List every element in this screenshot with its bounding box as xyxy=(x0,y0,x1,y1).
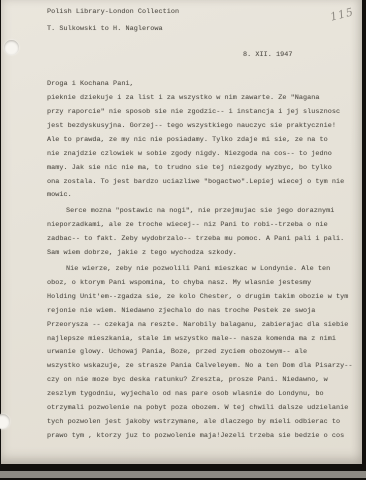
letter-date: 8. XII. 1947 xyxy=(47,49,353,63)
letter-line: Serce mozna "postawic na nogi", nie prze… xyxy=(47,205,353,219)
letter-line: nie znajdzie czlowiek w sobie zgody nigd… xyxy=(47,148,353,162)
letter-line: Ale to prawda, ze my nic nie posiadamy. … xyxy=(47,134,353,148)
punch-hole xyxy=(4,40,19,55)
paragraph: Nie wierze, zeby nie pozwolili Pani mies… xyxy=(47,263,353,444)
letter-line: pieknie dziekuje i za list i za wszystko… xyxy=(47,92,353,106)
letter-body: pieknie dziekuje i za list i za wszystko… xyxy=(47,92,353,444)
letter-line: ona zostala. To jest bardzo uciazliwe "b… xyxy=(47,176,353,190)
paragraph: Serce mozna "postawic na nogi", nie prze… xyxy=(47,205,353,261)
letter-line: wszystko wskazuje, ze strasze Pania Calv… xyxy=(47,360,353,374)
letter-line: tych pozwolen jest jakoby wstrzymane, al… xyxy=(47,416,353,430)
scanner-bed-strip xyxy=(0,471,366,478)
salutation: Droga i Kochana Pani, xyxy=(47,78,353,92)
letter-line: nieporzadkami, ale ze troche wiecej-- ni… xyxy=(47,219,353,233)
scan-background: 115 Polish Library-London Collection T. … xyxy=(0,0,366,480)
letter-line: urwanie glowy. Uchowaj Pania, Boze, prze… xyxy=(47,346,353,360)
letter-line: mowic. xyxy=(47,189,353,203)
punch-hole xyxy=(0,414,10,429)
letter-line: Przeorysza -- czekaja na reszte. Narobil… xyxy=(47,319,353,333)
letter-line: najlepsze mieszkania, stale im wszystko … xyxy=(47,333,353,347)
letter-line: czy on nie moze byc deska ratunku? Zresz… xyxy=(47,374,353,388)
letter-line: Sam wiem dobrze, jakie z tego wychodza s… xyxy=(47,247,353,261)
collection-title: Polish Library-London Collection xyxy=(47,6,353,20)
letter-line: zeszlym tygodniu, wyjechalo od nas pare … xyxy=(47,388,353,402)
correspondence-label: T. Sulkowski to H. Naglerowa xyxy=(47,23,353,37)
letter-line: otrzymali pozwolenie na pobyt poza oboze… xyxy=(47,402,353,416)
letter-line: oboz, o ktorym Pani wspomina, to chyba n… xyxy=(47,277,353,291)
letter-line: Nie wierze, zeby nie pozwolili Pani mies… xyxy=(47,263,353,277)
letter-line: rejonie nie wiem. Niedawno zjechalo do n… xyxy=(47,305,353,319)
paragraph: pieknie dziekuje i za list i za wszystko… xyxy=(47,92,353,203)
letter-line: prawo tym , ktorzy juz to pozwolenie maj… xyxy=(47,430,353,444)
letter-line: jest bezdyskusyjna. Gorzej-- tego wszyst… xyxy=(47,120,353,134)
document-page: 115 Polish Library-London Collection T. … xyxy=(1,0,362,464)
letter-line: przy raporcie" nie sposob sie nie zgodzi… xyxy=(47,106,353,120)
letter-line: mamy. Jak sie nic nie ma, to trudno sie … xyxy=(47,162,353,176)
letter-line: zadbac-- to fakt. Zeby wydobrzalo-- trze… xyxy=(47,233,353,247)
letter-line: Holding Unit'em--zgadza sie, ze kolo Che… xyxy=(47,291,353,305)
